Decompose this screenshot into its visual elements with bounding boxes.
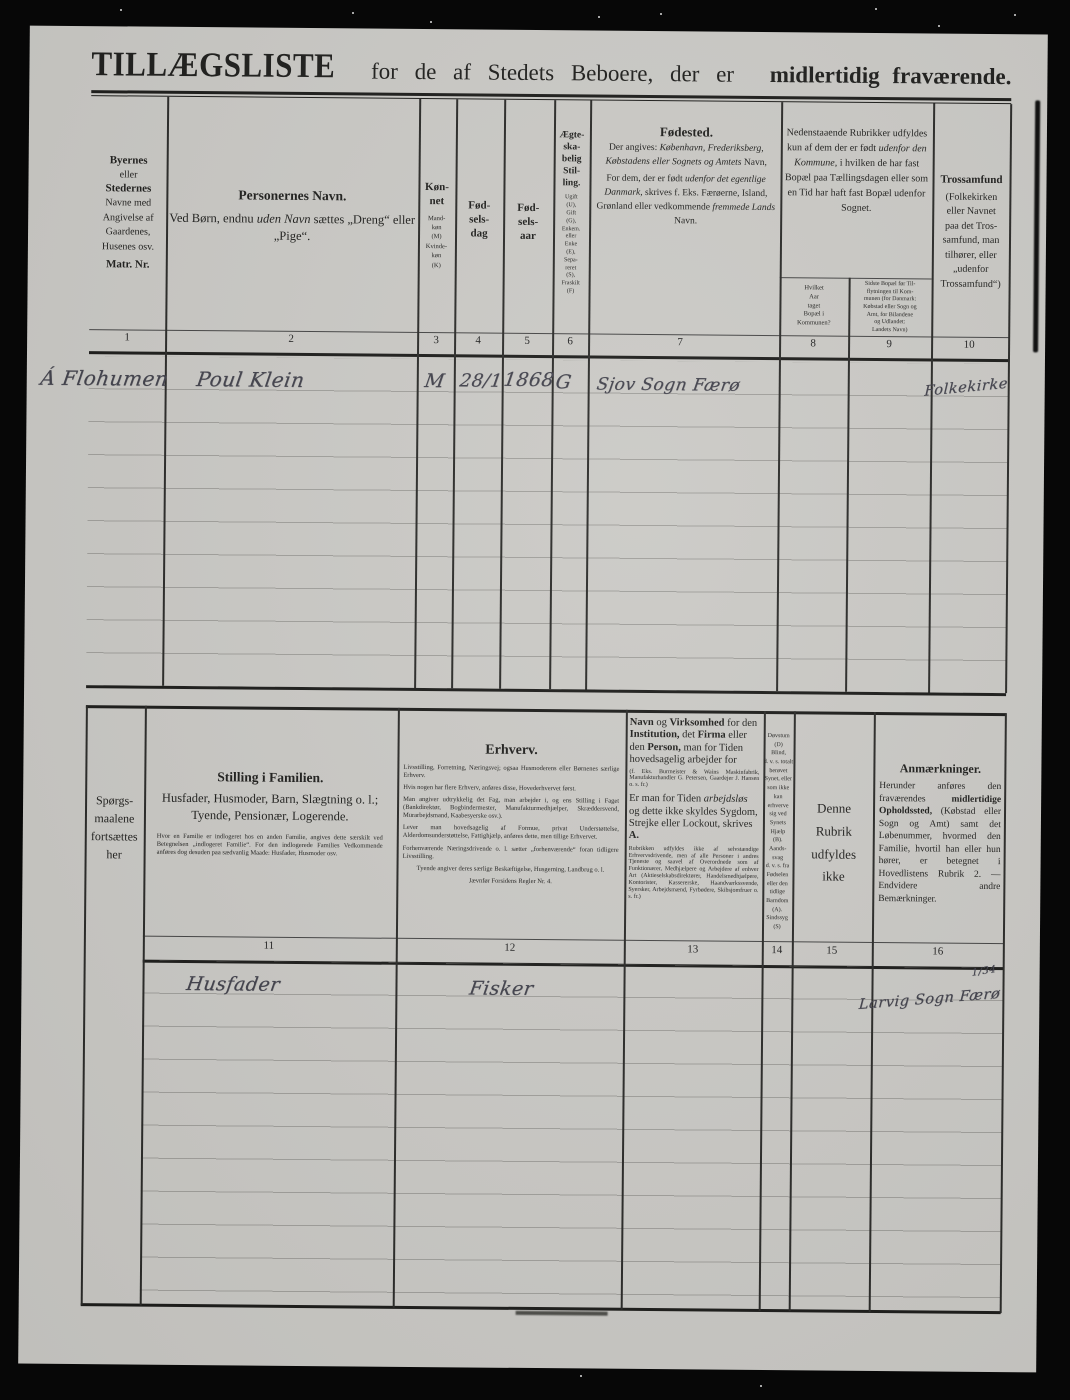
col7-t2e: Navn. [674,216,697,226]
c13-p2b: arbejdsløs [704,794,748,805]
photo-speck [352,12,354,14]
c13-h9: Person, [647,742,681,753]
entry-occupation: Fisker [468,977,535,1000]
col8-subheader: Hvilket Aar taget Bopæl i Kommunen? [779,284,848,328]
col11-header: Stilling i Familien. Husfader, Husmoder,… [151,769,390,859]
entry-sex: M [423,370,446,392]
col13-text2: Er man for Tiden arbejdsløs og dette ikk… [629,793,759,844]
col12-p2: Hvis nogen har flere Erhverv, anføres di… [403,784,619,794]
col-number-10: 10 [949,339,989,351]
col6-text: Ugift (U), Gift (G), Enkem. eller Enke (… [553,195,590,297]
col2-text-a: Ved Børn, endnu [169,211,257,226]
photo-speck [580,1375,582,1377]
col1-title2: Stedernes [90,182,166,196]
entry-birthplace: Sjov Sogn Færø [595,375,741,396]
col-number-14: 14 [757,944,797,956]
c13-p2c: og dette ikke skyldes Sygdom, Strejke el… [629,805,758,829]
photo-speck [760,1385,762,1387]
col2-text: Ved Børn, endnu uden Navn sættes „Dreng“… [168,210,416,247]
row-rules [140,961,1004,1312]
entry-place: Á Flohumen [39,366,170,391]
binding-shadow [1033,100,1040,352]
col9-subheader: Sidste Bopæl før Til- flytningen til Kom… [850,281,929,335]
lower-table: Spørgs- maalene fortsættes her Stilling … [30,26,1048,35]
entry-marital: G [554,371,573,393]
col12-p6: Tyende angiver deres særlige Beskæftigel… [402,865,618,875]
c13-h7: Firma [698,730,726,741]
col-number-13: 13 [673,943,713,955]
col13-text1: Navn og Virksomhed for den Institution, … [629,717,759,768]
side-label: Spørgs- maalene fortsættes her [85,791,145,864]
col-number-9: 9 [869,338,909,350]
col-number-11: 11 [249,940,289,952]
col10-title: Trossamfund [934,173,1008,187]
col7-header: Fødested. Der angives: København, Freder… [591,122,781,229]
col12-header: Erhverv. Livsstilling, Forretning, Nærin… [402,741,619,887]
col4-header: Fød- sels- dag [455,199,503,241]
entry-family-position: Husfader [185,973,282,996]
col1-text: eller [90,168,166,183]
c13-h2: og [654,717,670,728]
col11-title: Stilling i Familien. [151,769,389,788]
grid-line [780,277,932,279]
col5-title: Fød- sels- aar [503,202,553,244]
entry-name: Poul Klein [195,367,306,392]
col7-t1c: Navn, [744,157,767,167]
col16-title: Anmærkninger. [879,761,1001,777]
col-number-4: 4 [458,334,498,346]
col7-title: Fødested. [592,122,781,142]
col16-header: Anmærkninger. Herunder anføres den fravæ… [878,761,1001,906]
col13-fine2: Rubrikken udfyldes ikke af selvstændige … [628,846,758,902]
col13-header: Navn og Virksomhed for den Institution, … [628,717,760,902]
photo-speck [430,21,432,23]
photo-speck [660,13,662,15]
col1-text2: Navne med Angivelse af Gaardenes, Husene… [90,196,167,255]
row-rules [86,356,1009,693]
col-number-1: 1 [107,331,147,343]
col8-9-group-header: Nedenstaaende Rubrikker udfyldes kun af … [782,125,931,216]
col-number-16: 16 [918,945,958,957]
upper-table: Byernes eller Stedernes Navne med Angive… [30,26,1048,35]
printer-imprint-smudge [516,1311,608,1315]
col7-t2d: fremmede Lands [712,202,775,213]
scanned-census-page: { "title": { "main": "TILLÆGSLISTE", "mi… [0,0,1070,1400]
photo-speck [938,25,940,27]
col7-t2a: For dem, der er født [606,174,685,185]
c13-h6: det [680,730,698,741]
col-number-8: 8 [793,337,833,349]
title-main: TILLÆGSLISTE [91,44,335,86]
col15-header: Denne Rubrik udfyldes ikke [794,797,873,889]
col3-title: Køn- net [418,181,455,209]
col2-header: Personernes Navn. Ved Børn, endnu uden N… [168,187,416,247]
c13-p2d: A. [629,830,639,841]
col10-text: (Folkekirken eller Navnet paa det Tros- … [934,190,1009,292]
col11-text: Husfader, Husmoder, Barn, Slægtning o. l… [151,790,389,827]
col2-text-italic: uden Navn [257,211,311,225]
c13-p2a: Er man for Tiden [629,793,704,805]
col-number-2: 2 [271,333,311,345]
col12-p4: Lever man hovedsagelig af Formue, privat… [403,824,619,842]
col12-p3: Man angiver udtrykkelig det Fag, man arb… [403,796,619,822]
photo-speck [1014,14,1016,16]
col5-header: Fød- sels- aar [503,202,553,244]
c13-h5: Institution, [630,729,680,740]
col-number-15: 15 [812,944,852,956]
col6-header: Ægte- ska- belig Stil- ling. Ugift (U), … [553,130,590,296]
col-number-12: 12 [490,942,530,954]
entry-birthday: 28/1 [458,370,504,391]
c13-h3: Virksomhed [669,717,724,728]
page-title: TILLÆGSLISTE for de af Stedets Beboere, … [91,48,1011,92]
col6-title: Ægte- ska- belig Stil- ling. [553,130,590,190]
col7-text2: For dem, der er født udenfor det egentli… [591,173,780,230]
col10-header: Trossamfund (Folkekirken eller Navnet pa… [934,173,1009,292]
col-number-6: 6 [550,335,590,347]
photo-speck [598,16,600,18]
col12-p7: Jævnfør Forsidens Regler Nr. 4. [402,877,618,887]
col12-p5: Forhenværende Næringsdrivende o. l. sætt… [403,844,619,862]
col3-header: Køn- net Mand- køn (M) Kvinde- køn (K) [418,181,456,270]
entry-birthyear: 1868 [502,369,556,391]
col16-text: Herunder anføres den fraværendes midlert… [878,780,1001,906]
col-number-3: 3 [416,334,456,346]
photo-speck [120,9,122,11]
col2-title: Personernes Navn. [168,187,416,206]
col11-fineprint: Hvor en Familie er indlogeret hos en and… [151,833,389,859]
col12-title: Erhverv. [403,741,619,760]
title-mid: for de af Stedets Beboere, der er [371,59,734,88]
col3-text: Mand- køn (M) Kvinde- køn (K) [418,213,455,270]
col14-header: Døvstum (D) Blind, d. v. s. totalt berøv… [762,732,794,932]
col12-p1: Livsstilling, Forretning, Næringsvej; og… [403,763,619,781]
photo-speck [875,8,877,10]
col1-header: Byernes eller Stedernes Navne med Angive… [90,154,167,272]
census-sheet: TILLÆGSLISTE for de af Stedets Beboere, … [18,26,1048,1373]
col4-title: Fød- sels- dag [455,199,503,241]
col7-text1: Der angives: København, Frederiksberg, K… [592,141,781,170]
c16-c: (Købstad eller Sogn og Amt) samt det Løb… [878,807,1001,905]
col7-t1a: Der angives: [609,142,660,152]
title-tail: midlertidig fraværende. [770,62,1012,90]
col1-matr: Matr. Nr. [90,258,166,272]
col13-fine1: (f. Eks. Burmeister & Wains Maskinfabrik… [629,768,759,790]
col-number-7: 7 [660,336,700,348]
col1-title: Byernes [91,154,167,168]
col-number-5: 5 [507,335,547,347]
grid-line [86,705,1006,716]
c13-h1: Navn [630,717,654,728]
c13-h4: for den [724,718,757,729]
